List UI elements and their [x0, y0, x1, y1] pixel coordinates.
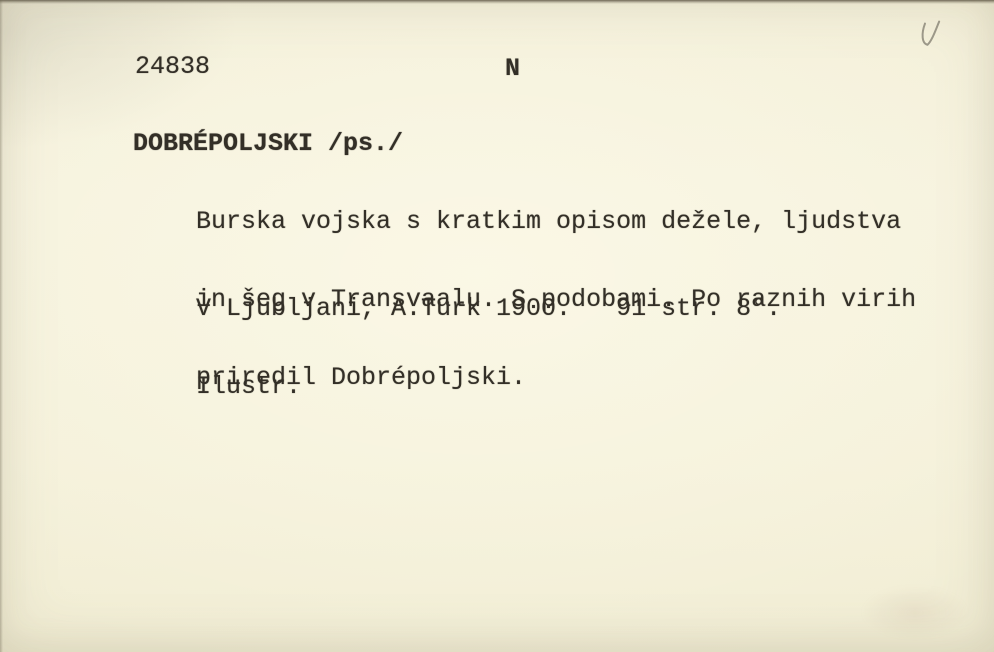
- scan-edge-left: [0, 0, 3, 652]
- scan-edge-top: [0, 0, 994, 4]
- paper-smudge: [860, 585, 970, 640]
- pencil-checkmark-icon: [913, 19, 949, 57]
- author-heading: DOBRÉPOLJSKI /ps./: [133, 131, 403, 157]
- imprint-statement: V Ljubljani, A.Turk 1900. 91 str. 8°. Il…: [196, 244, 781, 452]
- section-letter: N: [505, 56, 520, 82]
- imprint-line: Ilustr.: [196, 374, 781, 400]
- title-line: Burska vojska s kratkim opisom dežele, l…: [196, 209, 916, 235]
- call-number: 24838: [135, 54, 210, 80]
- catalog-card: 24838 N DOBRÉPOLJSKI /ps./ Burska vojska…: [0, 0, 994, 652]
- imprint-line: V Ljubljani, A.Turk 1900. 91 str. 8°.: [196, 296, 781, 322]
